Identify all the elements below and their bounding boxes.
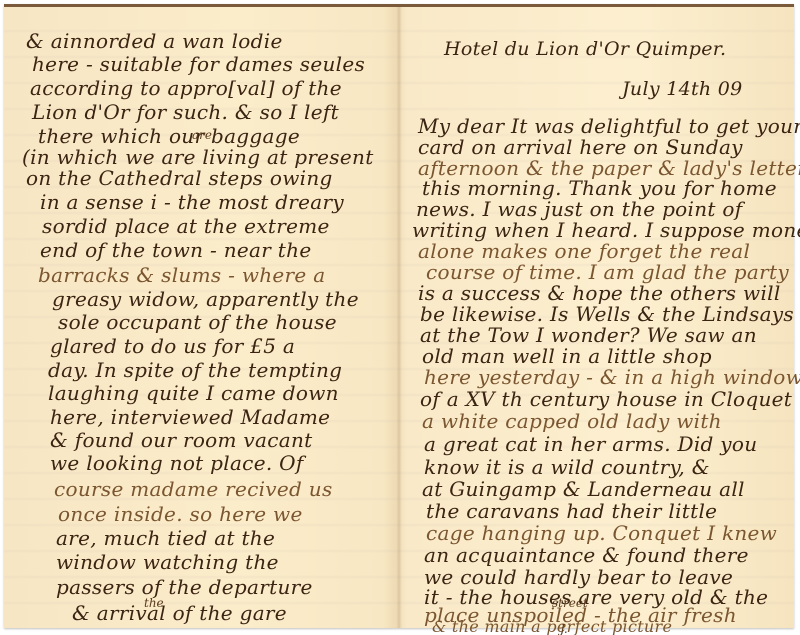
letterhead-address: Hotel du Lion d'Or Quimper.: [444, 37, 726, 61]
handwritten-line: cage hanging up. Conquet I knew: [426, 521, 777, 545]
handwritten-line: on the Cathedral steps owing: [26, 166, 333, 190]
handwritten-line: barracks & slums - where a: [38, 263, 325, 287]
handwritten-line: glared to do us for £5 a: [50, 334, 295, 358]
letter-sheet: & ainnorded a wan lodie here - suitable …: [4, 4, 794, 628]
handwritten-line: of a XV th century house in Cloquet: [420, 387, 792, 411]
handwritten-line: a great cat in her arms. Did you: [424, 432, 757, 456]
handwritten-line: greasy widow, apparently the: [52, 287, 359, 311]
handwritten-line: here yesterday - & in a high window: [424, 365, 800, 389]
handwritten-line: & found our room vacant: [50, 428, 313, 452]
handwritten-line: & ainnorded a wan lodie: [26, 29, 283, 53]
handwritten-line: according to appro[val] of the: [30, 76, 342, 100]
handwritten-line: here, interviewed Madame: [50, 405, 330, 429]
handwritten-line: & the main a perfect picture: [432, 619, 672, 635]
handwritten-line: sole occupant of the house: [58, 310, 337, 334]
handwritten-line: an acquaintance & found there: [424, 543, 749, 567]
signature-initial: J.: [560, 623, 568, 635]
handwritten-line: course madame recived us: [54, 477, 333, 501]
handwritten-line: sordid place at the extreme: [42, 214, 330, 238]
left-page: & ainnorded a wan lodie here - suitable …: [4, 7, 396, 628]
handwritten-line: laughing quite I came down: [48, 381, 339, 405]
handwritten-line: a white capped old lady with: [422, 409, 722, 433]
handwritten-line: passers of the departure: [56, 575, 313, 599]
handwritten-line: are, much tied at the: [56, 526, 275, 550]
handwritten-line: window watching the: [56, 550, 279, 574]
handwritten-line: here - suitable for dames seules: [32, 52, 365, 76]
handwritten-line: the caravans had their little: [426, 499, 717, 523]
handwritten-line: in a sense i - the most dreary: [40, 190, 344, 214]
handwritten-line: we looking not place. Of: [50, 451, 304, 475]
handwritten-line: once inside. so here we: [58, 502, 303, 526]
handwritten-line: day. In spite of the tempting: [48, 358, 342, 382]
handwritten-line: know it is a wild country, &: [424, 455, 710, 479]
handwritten-line: Lion d'Or for such. & so I left: [32, 100, 339, 124]
right-page: Hotel du Lion d'Or Quimper. July 14th 09…: [402, 7, 794, 628]
letter-date: July 14th 09: [622, 77, 743, 101]
handwritten-line: at Guingamp & Landerneau all: [422, 477, 745, 501]
handwritten-line: end of the town - near the: [40, 238, 311, 262]
insertion-note: are: [192, 129, 212, 141]
handwritten-line: & arrival of the gare: [72, 601, 287, 625]
